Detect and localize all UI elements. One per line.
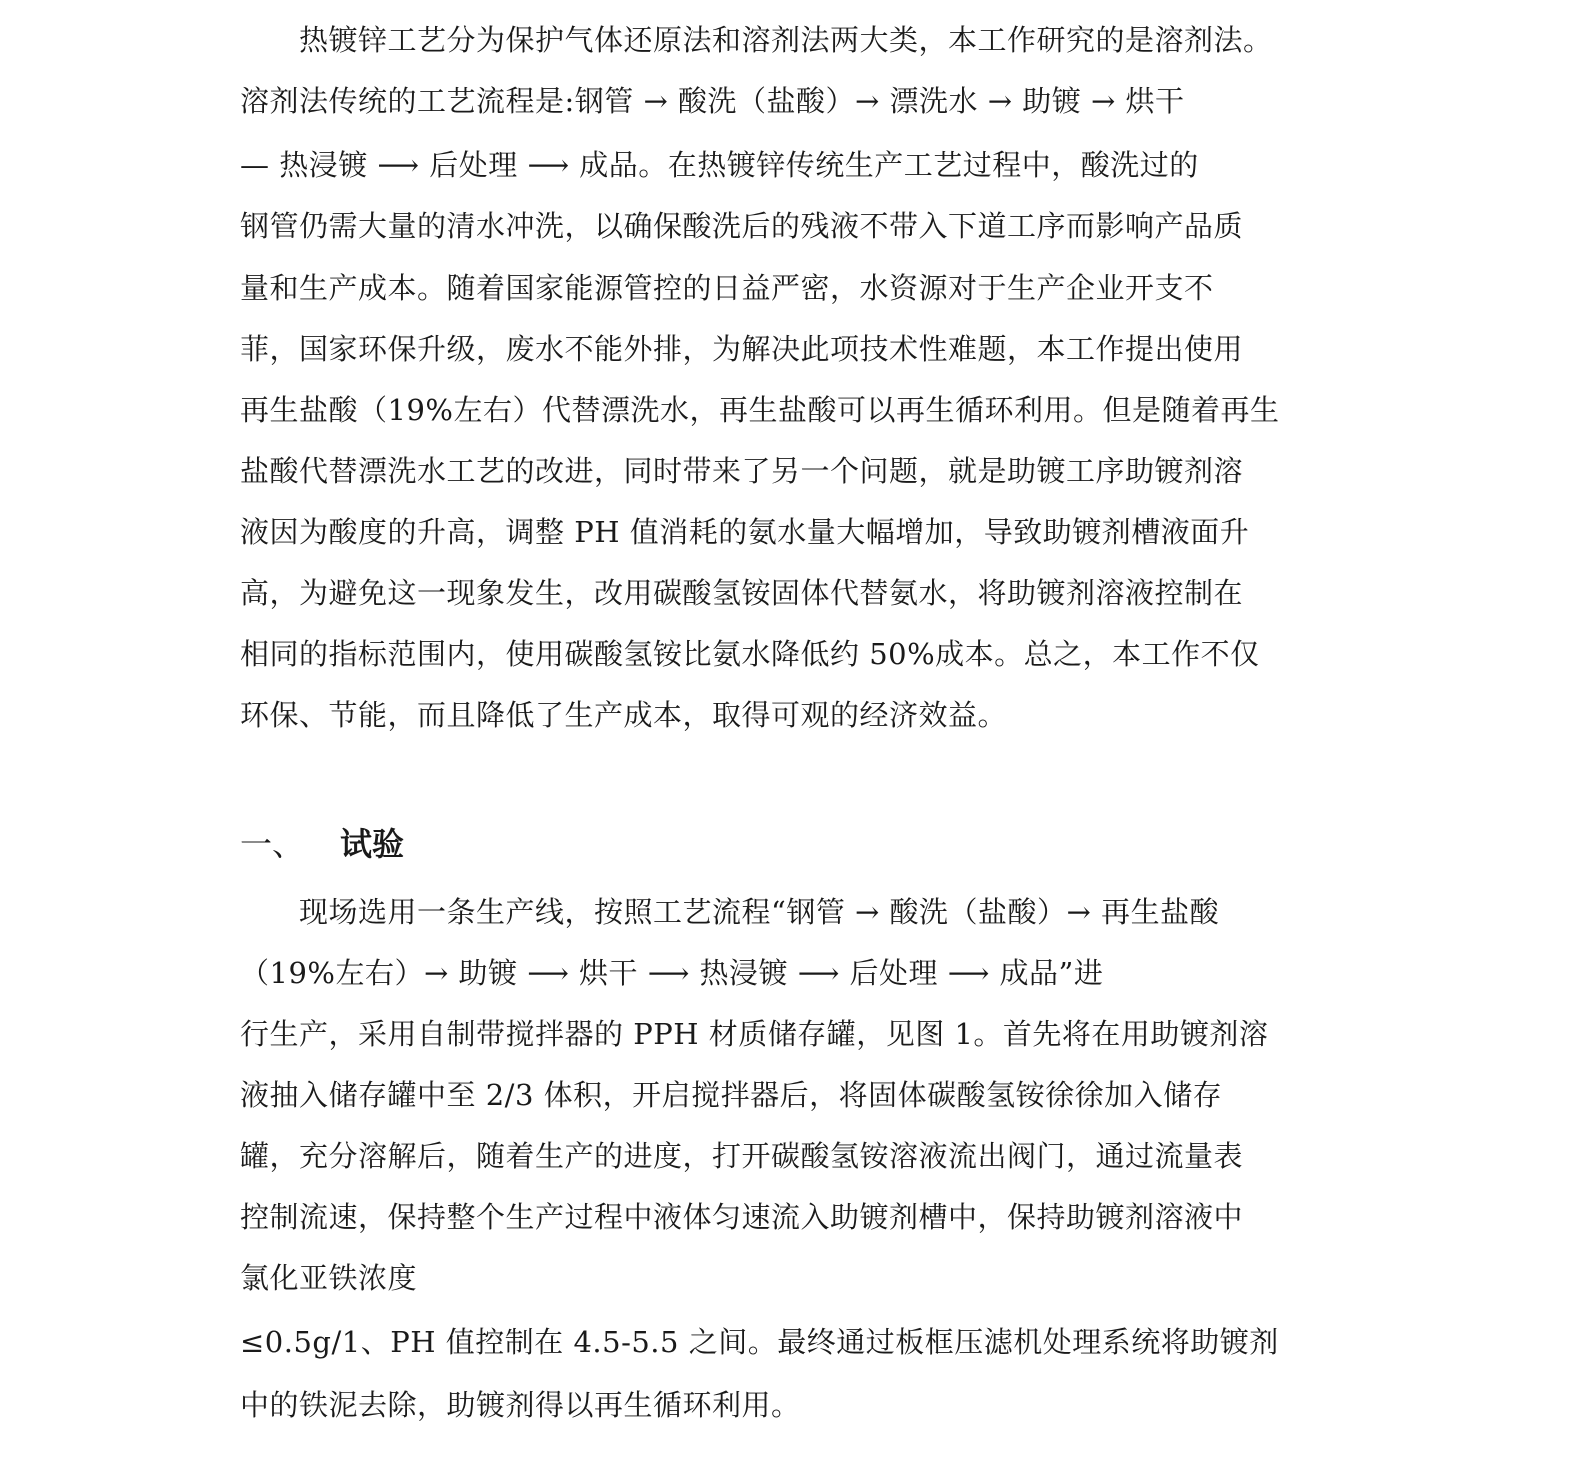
text-line: 罐，充分溶解后，随着生产的进度，打开碳酸氢铵溶液流出阀门，通过流量表 bbox=[240, 1136, 1243, 1176]
text-line: 行生产，采用自制带搅拌器的 PPH 材质储存罐，见图 1。首先将在用助镀剂溶 bbox=[240, 1014, 1268, 1054]
text-line: 高，为避免这一现象发生，改用碳酸氢铵固体代替氨水，将助镀剂溶液控制在 bbox=[240, 573, 1243, 613]
text-line: 液抽入储存罐中至 2/3 体积，开启搅拌器后，将固体碳酸氢铵徐徐加入储存 bbox=[240, 1075, 1222, 1115]
text-line: （19%左右）→ 助镀 ⟶ 烘干 ⟶ 热浸镀 ⟶ 后处理 ⟶ 成品”进 bbox=[240, 953, 1103, 993]
text-line: ≤0.5g/1、PH 值控制在 4.5-5.5 之间。最终通过板框压滤机处理系统… bbox=[240, 1322, 1279, 1362]
text-line: 钢管仍需大量的清水冲洗，以确保酸洗后的残液不带入下道工序而影响产品质 bbox=[240, 206, 1243, 246]
text-line: — 热浸镀 ⟶ 后处理 ⟶ 成品。在热镀锌传统生产工艺过程中，酸洗过的 bbox=[240, 145, 1199, 185]
text-line: 环保、节能，而且降低了生产成本，取得可观的经济效益。 bbox=[240, 695, 1007, 735]
text-line: 量和生产成本。随着国家能源管控的日益严密，水资源对于生产企业开支不 bbox=[240, 268, 1214, 308]
text-line: 菲，国家环保升级，废水不能外排，为解决此项技术性难题，本工作提出使用 bbox=[240, 329, 1243, 369]
section-heading: 一、试验 bbox=[240, 822, 404, 866]
text-line: 氯化亚铁浓度 bbox=[240, 1258, 417, 1298]
text-line: 溶剂法传统的工艺流程是:钢管 → 酸洗（盐酸）→ 漂洗水 → 助镀 → 烘干 bbox=[240, 81, 1185, 121]
section-title: 试验 bbox=[340, 825, 404, 863]
text-line: 盐酸代替漂洗水工艺的改进，同时带来了另一个问题，就是助镀工序助镀剂溶 bbox=[240, 451, 1243, 491]
section-number: 一、 bbox=[240, 825, 304, 863]
text-line: 热镀锌工艺分为保护气体还原法和溶剂法两大类，本工作研究的是溶剂法。 bbox=[240, 20, 1273, 60]
text-line: 现场选用一条生产线，按照工艺流程“钢管 → 酸洗（盐酸）→ 再生盐酸 bbox=[240, 892, 1219, 932]
text-line: 控制流速，保持整个生产过程中液体匀速流入助镀剂槽中，保持助镀剂溶液中 bbox=[240, 1197, 1243, 1237]
text-line: 相同的指标范围内，使用碳酸氢铵比氨水降低约 50%成本。总之，本工作不仅 bbox=[240, 634, 1260, 674]
text-line: 再生盐酸（19%左右）代替漂洗水，再生盐酸可以再生循环利用。但是随着再生 bbox=[240, 390, 1279, 430]
text-line: 中的铁泥去除，助镀剂得以再生循环利用。 bbox=[240, 1385, 801, 1425]
text-line: 液因为酸度的升高，调整 PH 值消耗的氨水量大幅增加，导致助镀剂槽液面升 bbox=[240, 512, 1249, 552]
